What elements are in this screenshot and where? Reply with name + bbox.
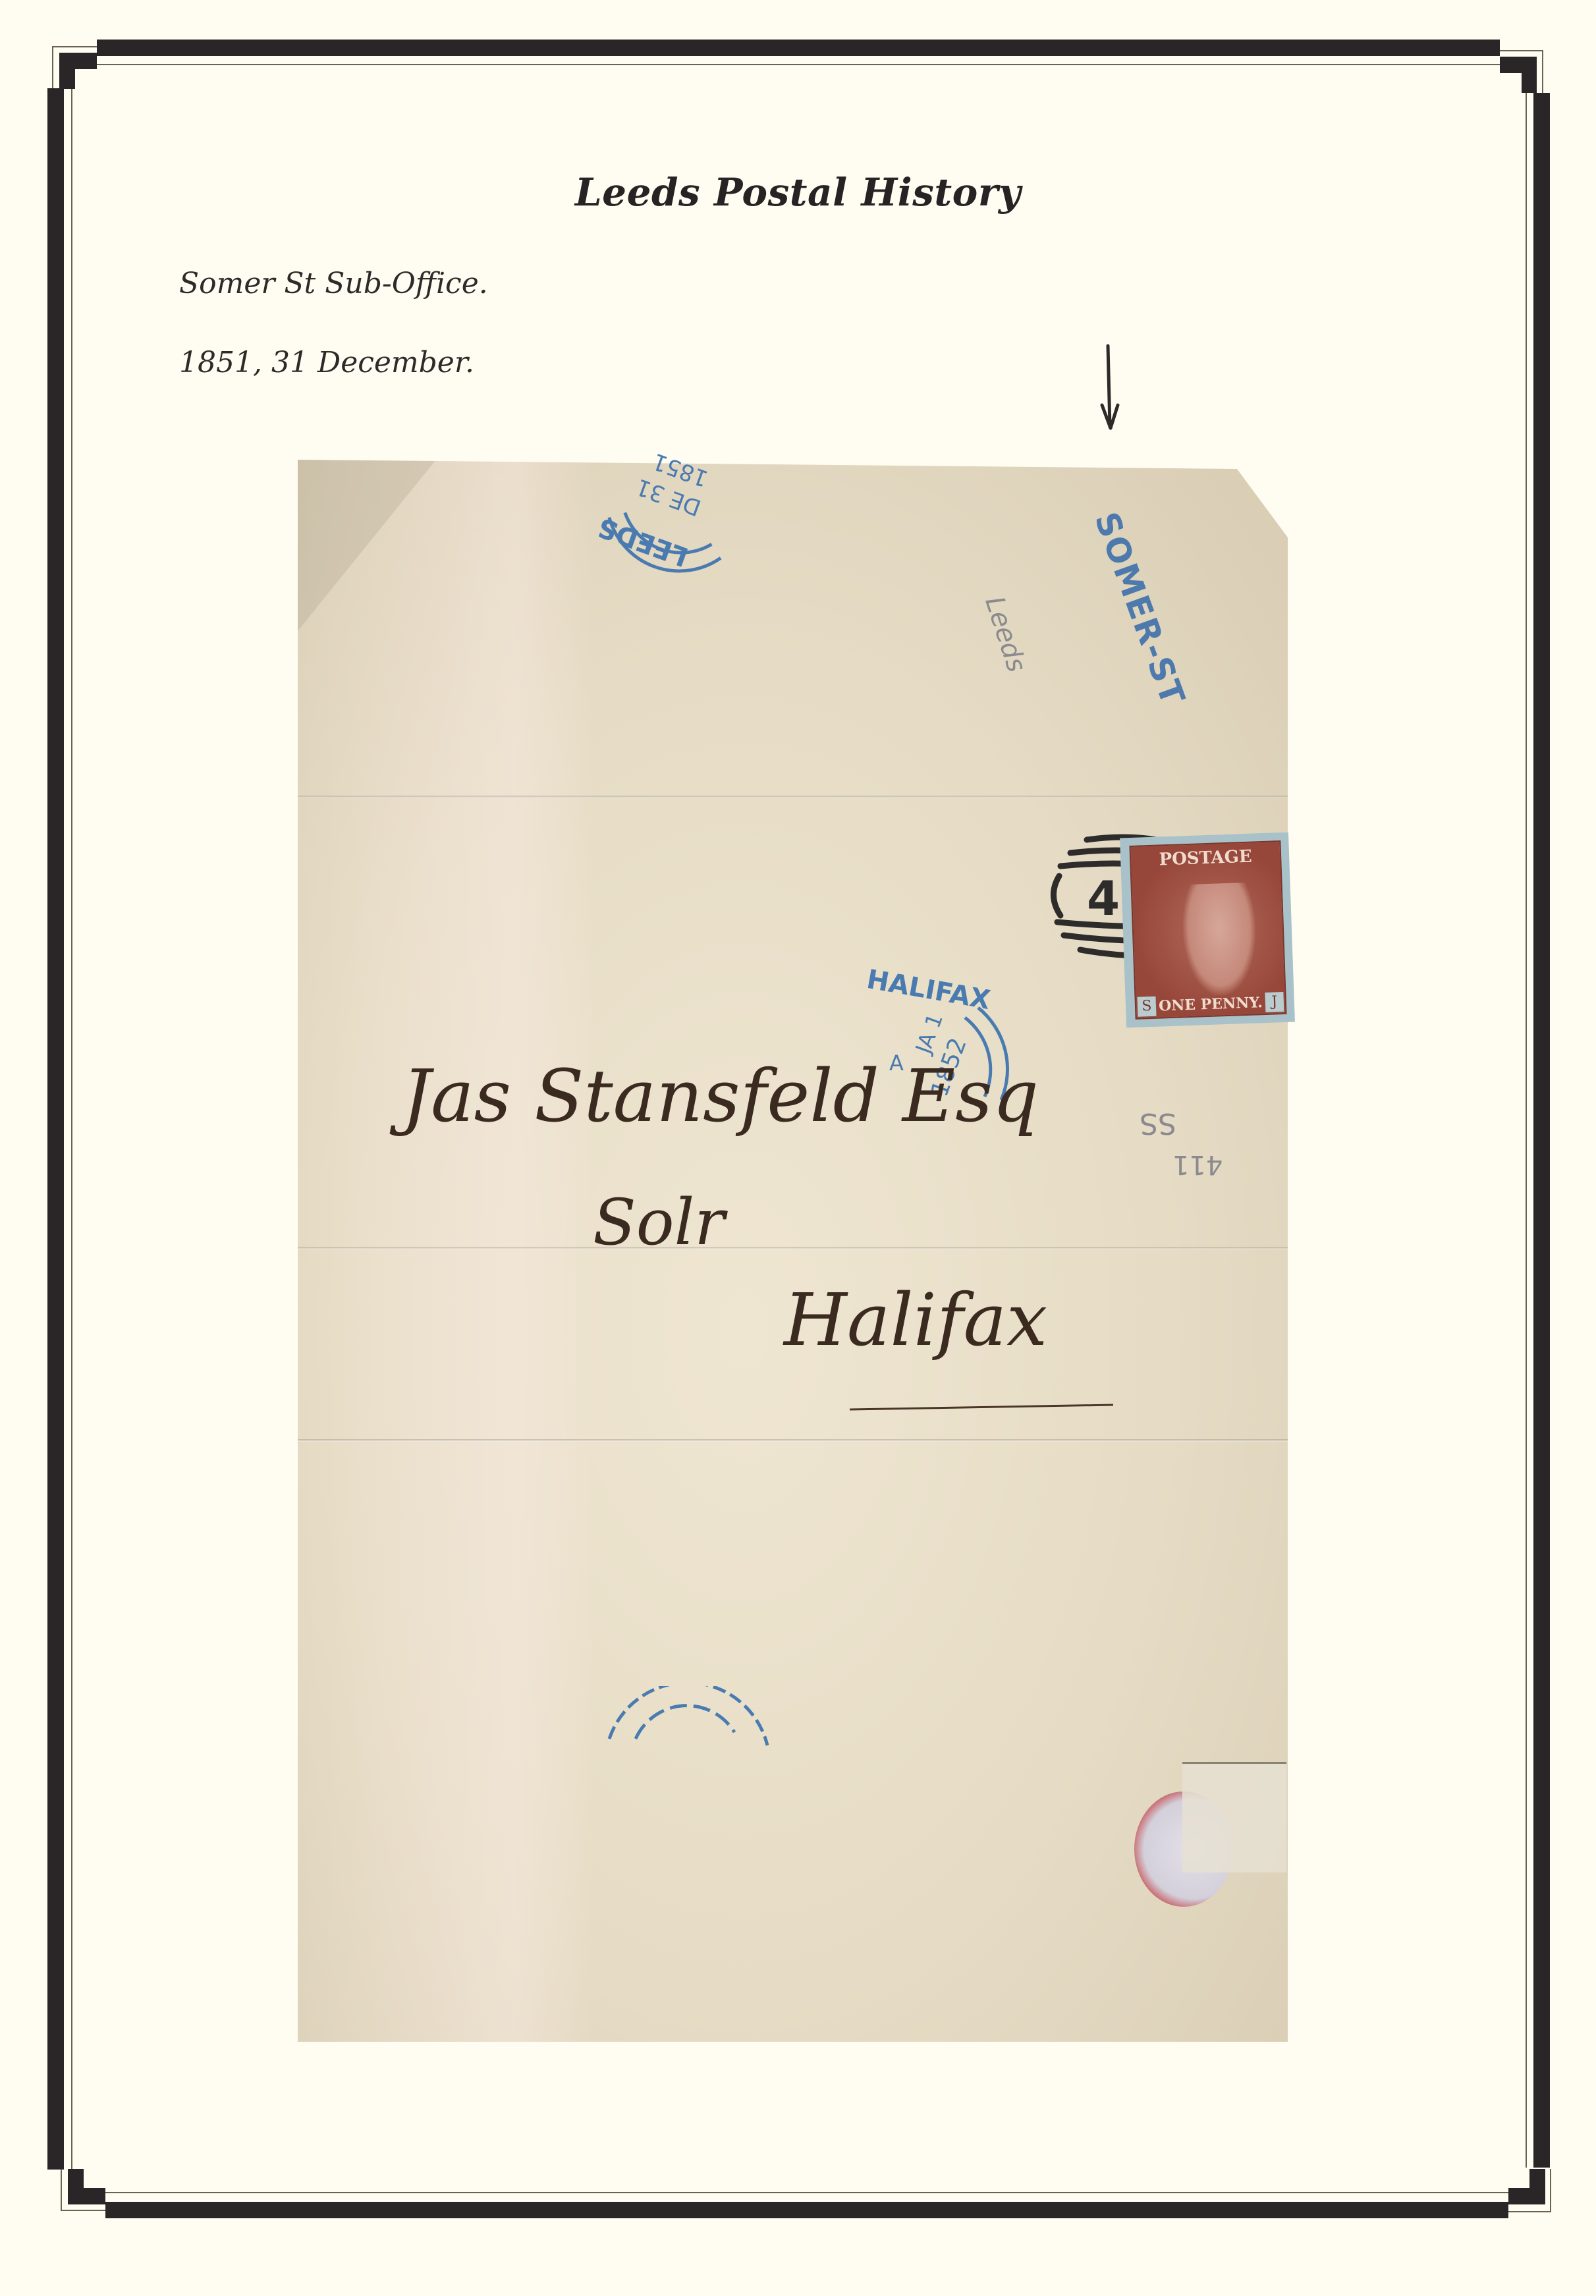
frame-corner-tr-step	[1522, 57, 1537, 93]
cover-fold-line	[298, 796, 1288, 798]
frame-corner-tl-rule-v	[52, 46, 53, 88]
queen-head-icon	[1182, 882, 1258, 997]
stamp-bottom-label: ONE PENNY.	[1136, 993, 1286, 1016]
frame-corner-tr-rule-v	[1542, 50, 1543, 93]
frame-bottom-rule	[105, 2192, 1508, 2193]
arrow-down-icon	[1093, 342, 1126, 435]
cover-flap-shadow	[298, 460, 436, 631]
frame-right-rule	[1526, 93, 1527, 2168]
office-subtitle: Somer St Sub-Office.	[179, 267, 488, 300]
date-subtitle: 1851, 31 December.	[179, 346, 474, 379]
frame-left-rule	[71, 88, 72, 2170]
frame-left-bar	[47, 88, 64, 2170]
postal-cover	[298, 460, 1288, 2042]
stamp-design: POSTAGE ONE PENNY. S J	[1129, 840, 1286, 1020]
frame-corner-br-rule-v	[1550, 2169, 1551, 2212]
address-line-2: Solr	[593, 1186, 725, 1259]
pencil-note-2: 411	[1172, 1149, 1223, 1180]
address-line-3: Halifax	[784, 1278, 1047, 1362]
stamp-top-label: POSTAGE	[1131, 846, 1280, 871]
penny-red-stamp: POSTAGE ONE PENNY. S J	[1120, 833, 1295, 1028]
seal-flap	[1182, 1762, 1286, 1872]
stamp-letter-right: J	[1265, 992, 1284, 1012]
frame-corner-bl-rule-v	[61, 2169, 62, 2211]
address-line-1: Jas Stansfeld Esq	[402, 1054, 1039, 1138]
frame-corner-tr-rule	[1500, 50, 1543, 51]
frame-corner-tl-rule	[52, 46, 97, 47]
frame-corner-bl-step	[68, 2169, 84, 2204]
stamp-letter-left: S	[1137, 997, 1156, 1017]
frame-right-bar	[1533, 93, 1550, 2168]
partial-postmark-arc-icon	[596, 1686, 781, 1778]
frame-corner-br-rule	[1508, 2211, 1551, 2212]
cover-fold-line	[298, 1439, 1288, 1442]
frame-corner-tl-step	[59, 53, 75, 89]
frame-corner-br-step	[1529, 2169, 1545, 2204]
pencil-note-1: SS	[1140, 1107, 1176, 1140]
frame-bottom-bar	[105, 2202, 1508, 2218]
page-title: Leeds Postal History	[0, 170, 1596, 215]
frame-top-bar	[97, 40, 1500, 56]
cover-fold-line	[298, 1247, 1288, 1249]
frame-top-rule	[97, 64, 1500, 65]
frame-corner-bl-rule	[61, 2210, 105, 2211]
